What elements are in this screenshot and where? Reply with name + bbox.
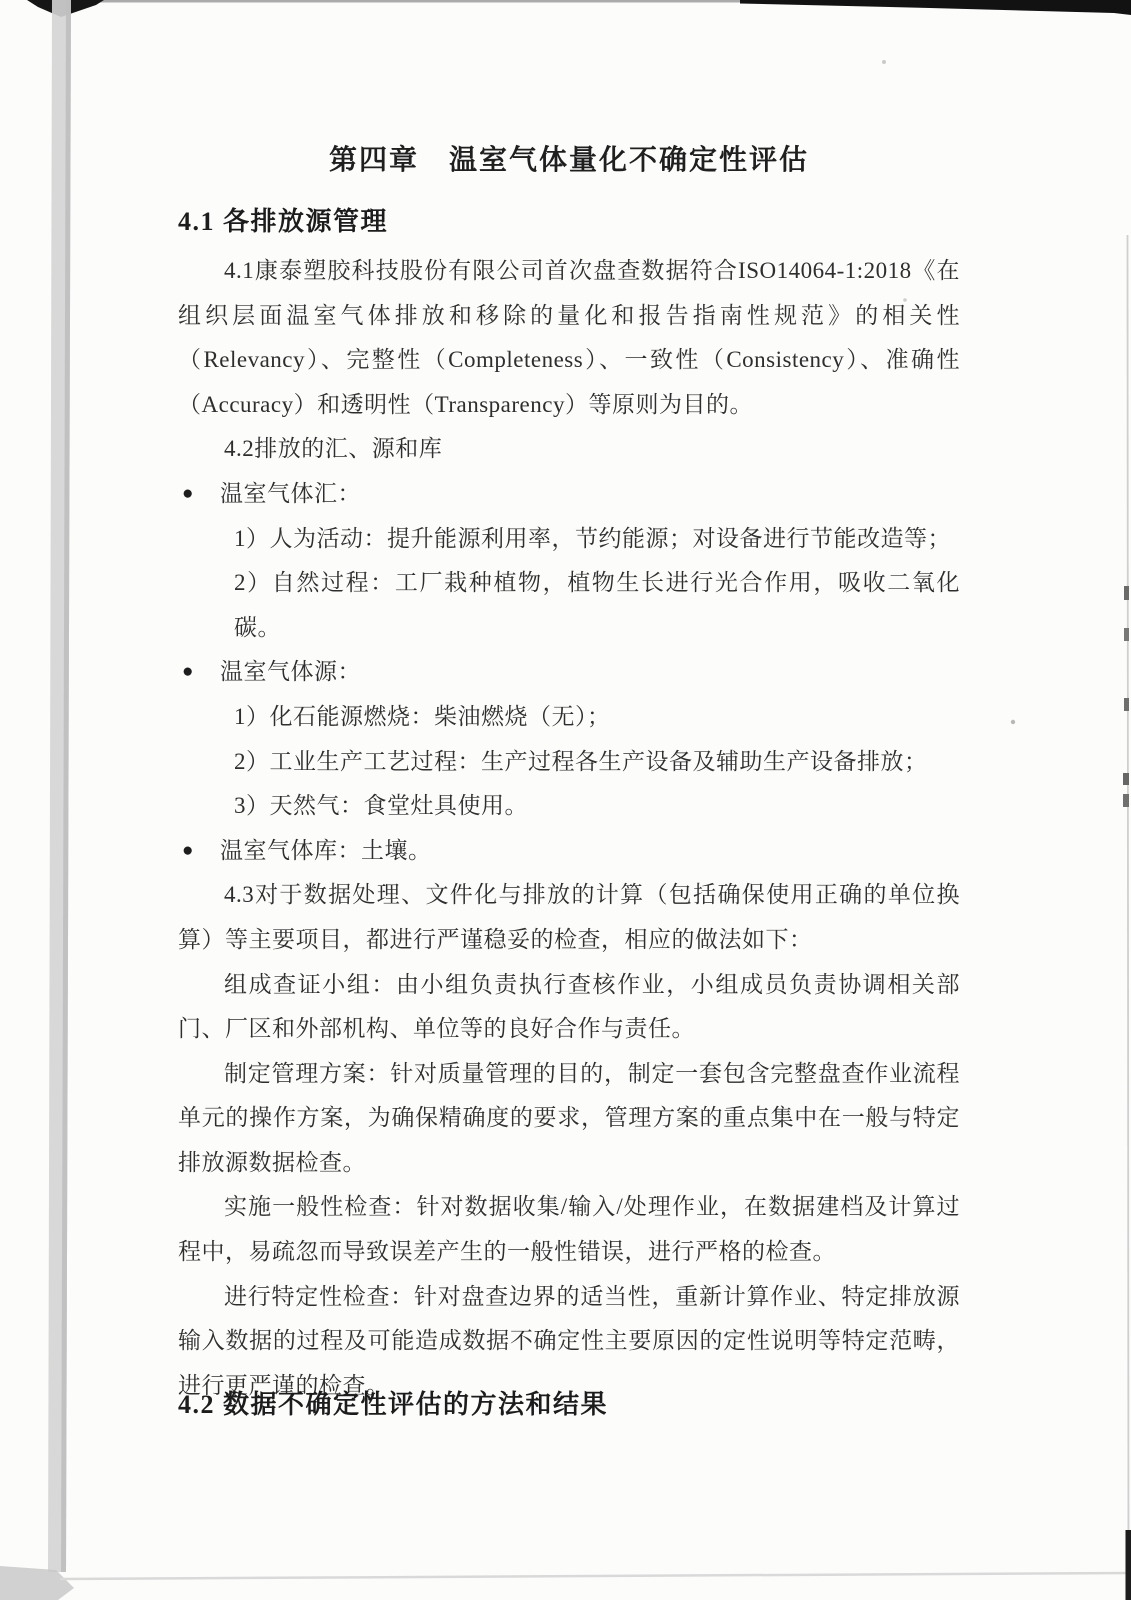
bullet-icon: ● [182, 829, 194, 874]
list-item: 2）工业生产工艺过程：生产过程各生产设备及辅助生产设备排放； [178, 740, 960, 785]
scan-top-right-strip [740, 0, 1131, 15]
scan-right-tick [1124, 586, 1129, 600]
scan-right-dark-bar [1126, 1530, 1131, 1600]
scan-top-left-wedge [27, 0, 104, 17]
chapter-title: 第四章 温室气体量化不确定性评估 [178, 138, 960, 178]
bullet-icon: ● [182, 650, 194, 695]
bullet-icon: ● [182, 472, 194, 517]
scan-speck [882, 60, 886, 64]
bullet-group-ghg-reservoirs: ● 温室气体库：土壤。 [178, 829, 960, 874]
bullet-group-ghg-sinks: ● 温室气体汇： [178, 472, 960, 517]
scan-top-hairline [100, 0, 745, 3]
scan-left-edge-band-dark [61, 0, 71, 1572]
list-item: 1）人为活动：提升能源利用率，节约能源；对设备进行节能改造等； [178, 517, 960, 562]
scan-bottom-left-blob [0, 1566, 74, 1600]
section-heading-4-2: 4.2 数据不确定性评估的方法和结果 [178, 1384, 608, 1421]
paragraph-management-plan: 制定管理方案：针对质量管理的目的，制定一套包含完整盘查作业流程单元的操作方案，为… [178, 1052, 960, 1186]
paragraph-verification-team: 组成查证小组：由小组负责执行查核作业，小组成员负责协调相关部门、厂区和外部机构、… [178, 963, 960, 1052]
body-text-block: 4.1康泰塑胶科技股份有限公司首次盘查数据符合ISO14064-1:2018《在… [178, 249, 960, 1408]
line-4-2-sinks-sources-reservoirs: 4.2排放的汇、源和库 [178, 427, 960, 472]
scan-right-tick [1124, 628, 1129, 641]
scan-right-tick [1124, 698, 1129, 711]
list-item: 3）天然气：食堂灶具使用。 [178, 784, 960, 829]
list-item: 1）化石能源燃烧：柴油燃烧（无）； [178, 695, 960, 740]
scan-right-edge-line [1128, 235, 1129, 1600]
bullet-label-ghg-reservoirs: 温室气体库：土壤。 [220, 838, 432, 863]
paragraph-general-check: 实施一般性检查：针对数据收集/输入/处理作业，在数据建档及计算过程中，易疏忽而导… [178, 1185, 960, 1274]
scan-right-tick [1123, 773, 1129, 785]
bullet-group-ghg-sources: ● 温室气体源： [178, 650, 960, 695]
scan-right-tick [1123, 794, 1129, 807]
paragraph-4-1: 4.1康泰塑胶科技股份有限公司首次盘查数据符合ISO14064-1:2018《在… [178, 249, 960, 427]
scan-left-edge-band [48, 0, 71, 1572]
scan-bottom-line [60, 1573, 1131, 1579]
scanned-document-page: 第四章 温室气体量化不确定性评估 4.1 各排放源管理 4.1康泰塑胶科技股份有… [0, 0, 1131, 1600]
list-item: 2）自然过程：工厂栽种植物，植物生长进行光合作用，吸收二氧化碳。 [178, 561, 960, 650]
section-heading-4-1: 4.1 各排放源管理 [178, 201, 388, 238]
paragraph-4-3: 4.3对于数据处理、文件化与排放的计算（包括确保使用正确的单位换算）等主要项目，… [178, 873, 960, 962]
bullet-label-ghg-sources: 温室气体源： [220, 659, 361, 684]
scan-speck [1011, 720, 1015, 724]
bullet-label-ghg-sinks: 温室气体汇： [220, 481, 361, 506]
